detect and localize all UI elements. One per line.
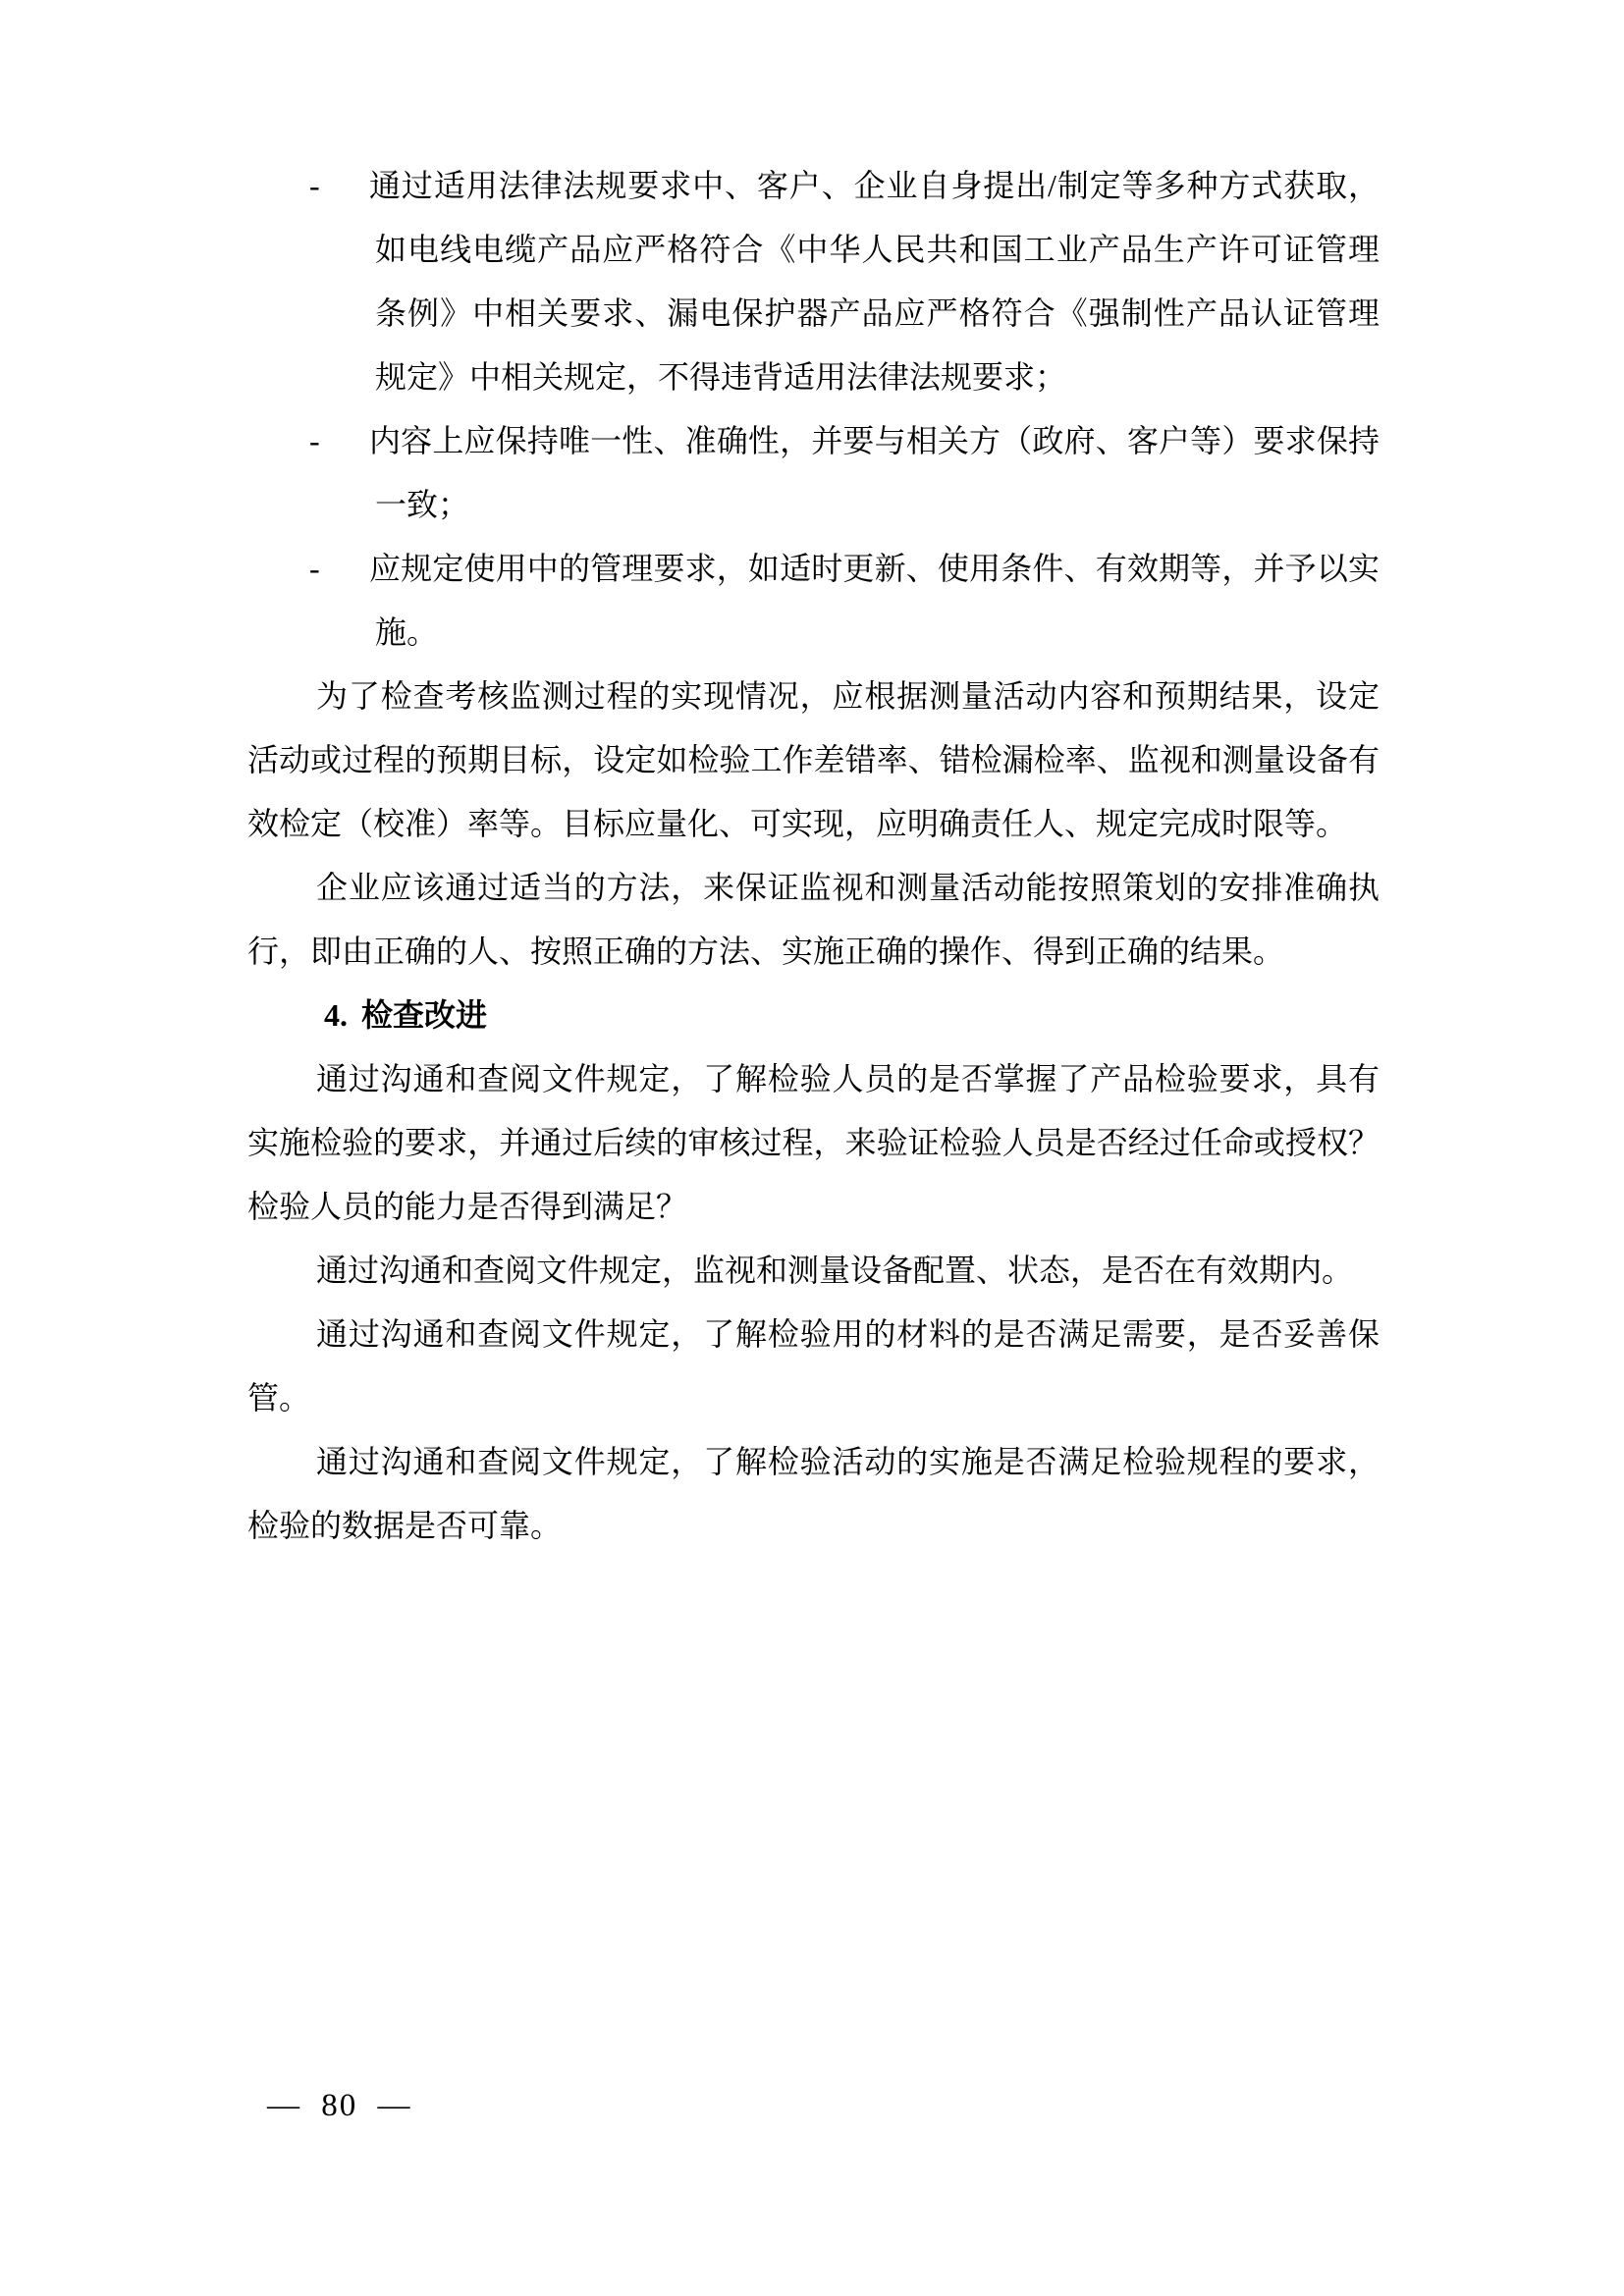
bullet-dash-marker: - (309, 409, 349, 473)
page-footer: — 80 — (267, 2074, 412, 2138)
footer-left-dash: — (267, 2088, 301, 2123)
bullet-item: - 应规定使用中的管理要求，如适时更新、使用条件、有效期等，并予以实施。 (247, 537, 1380, 665)
bullet-text: 应规定使用中的管理要求，如适时更新、使用条件、有效期等，并予以实施。 (369, 551, 1380, 650)
paragraph: 通过沟通和查阅文件规定，了解检验用的材料的是否满足需要，是否妥善保管。 (247, 1303, 1380, 1430)
document-page: - 通过适用法律法规要求中、客户、企业自身提出/制定等多种方式获取，如电线电缆产… (0, 0, 1624, 2296)
bullet-dash-marker: - (309, 537, 349, 601)
footer-right-dash: — (378, 2088, 412, 2123)
bullet-item: - 内容上应保持唯一性、准确性，并要与相关方（政府、客户等）要求保持一致； (247, 409, 1380, 537)
section-heading-number: 4. (324, 997, 348, 1033)
section-heading: 4.检查改进 (324, 984, 1380, 1047)
paragraph: 通过沟通和查阅文件规定，监视和测量设备配置、状态，是否在有效期内。 (247, 1239, 1380, 1303)
paragraph: 企业应该通过适当的方法，来保证监视和测量活动能按照策划的安排准确执行，即由正确的… (247, 856, 1380, 984)
paragraph: 通过沟通和查阅文件规定，了解检验人员的是否掌握了产品检验要求，具有实施检验的要求… (247, 1047, 1380, 1239)
section-heading-title: 检查改进 (361, 997, 487, 1033)
page-body-text: - 通过适用法律法规要求中、客户、企业自身提出/制定等多种方式获取，如电线电缆产… (247, 154, 1380, 1558)
bullet-dash-marker: - (309, 154, 349, 218)
paragraph: 通过沟通和查阅文件规定，了解检验活动的实施是否满足检验规程的要求，检验的数据是否… (247, 1430, 1380, 1558)
bullet-item: - 通过适用法律法规要求中、客户、企业自身提出/制定等多种方式获取，如电线电缆产… (247, 154, 1380, 409)
bullet-text: 通过适用法律法规要求中、客户、企业自身提出/制定等多种方式获取，如电线电缆产品应… (369, 168, 1380, 395)
page-number: 80 (321, 2088, 357, 2123)
bullet-text: 内容上应保持唯一性、准确性，并要与相关方（政府、客户等）要求保持一致； (369, 423, 1380, 522)
paragraph: 为了检查考核监测过程的实现情况，应根据测量活动内容和预期结果，设定活动或过程的预… (247, 665, 1380, 856)
